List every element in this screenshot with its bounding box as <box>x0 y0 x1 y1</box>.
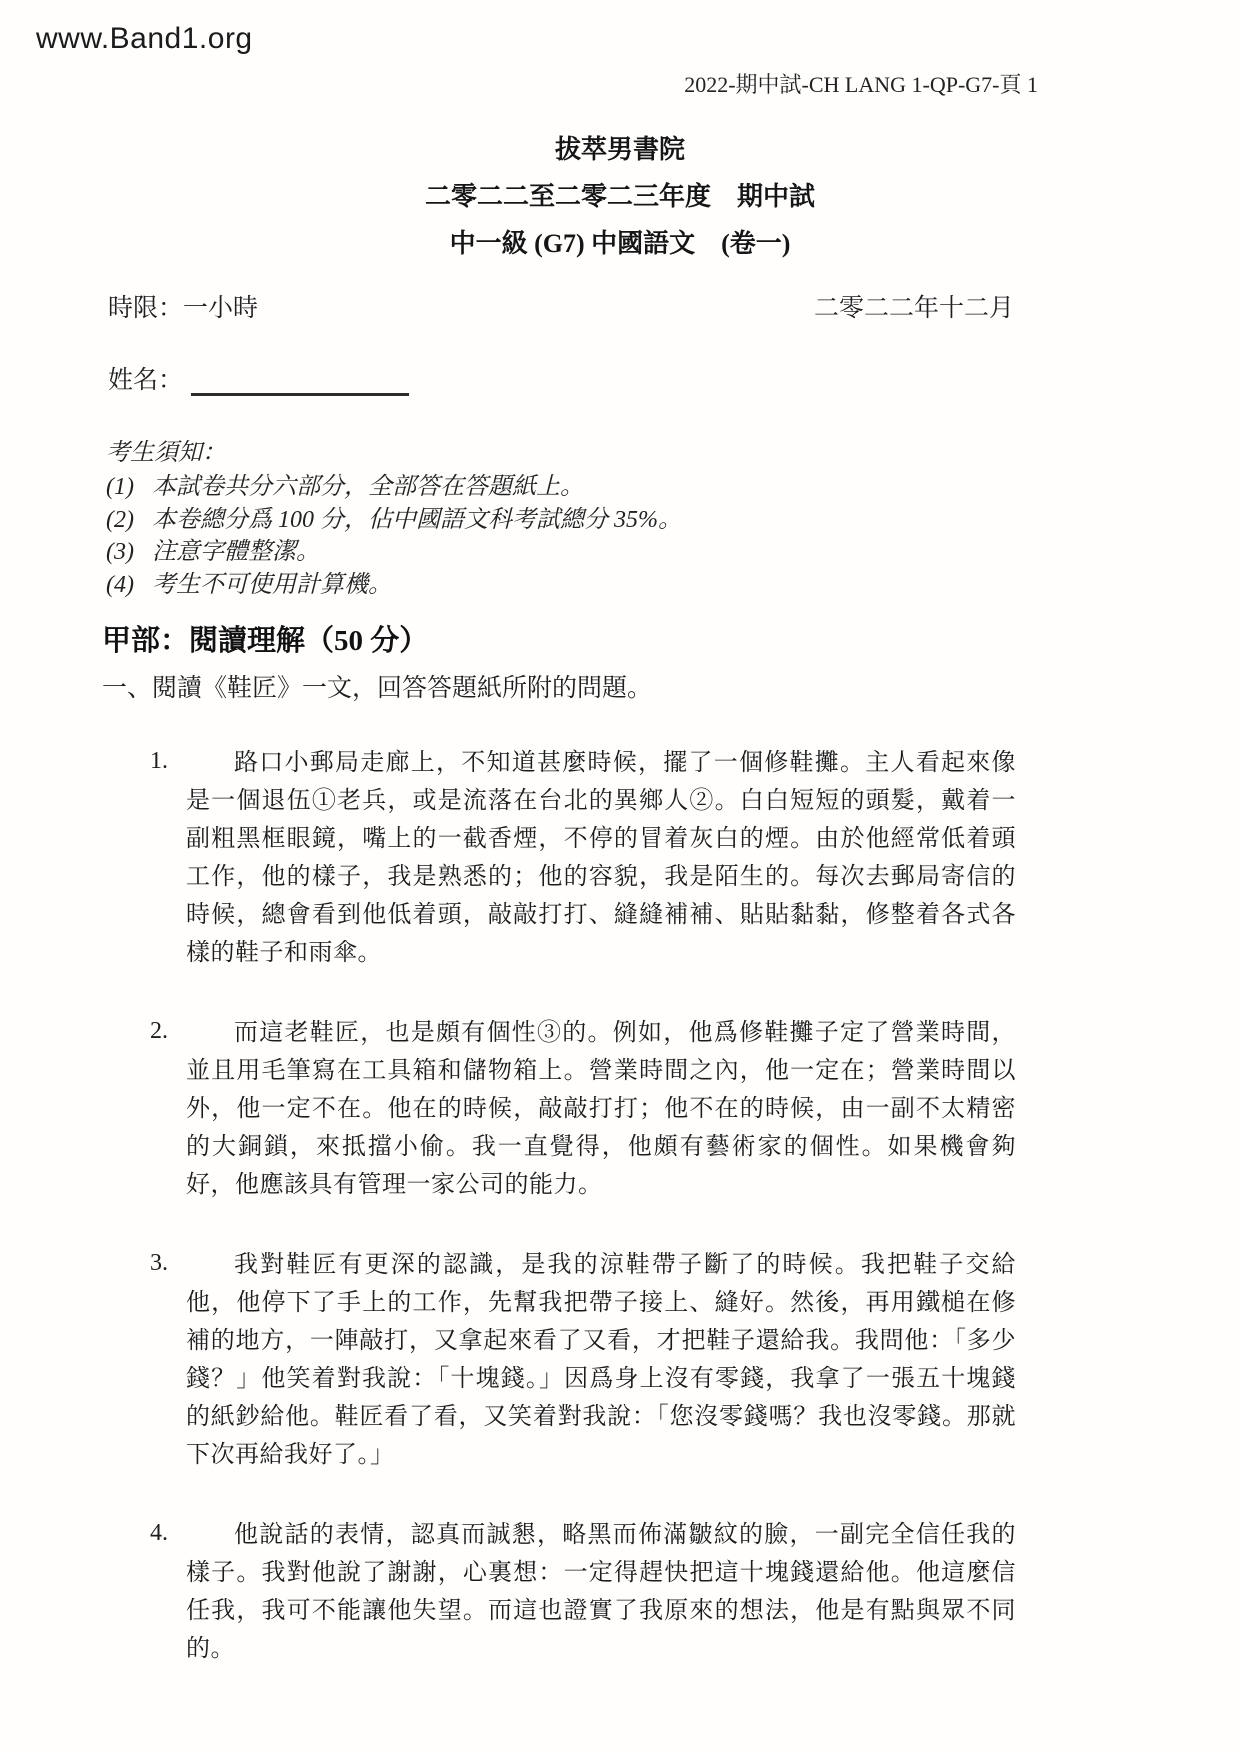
note-number: (4) <box>106 569 152 602</box>
section-a-heading: 甲部：閱讀理解（50 分） <box>102 618 428 659</box>
paragraph-text: 而這老鞋匠，也是頗有個性③的。例如，他爲修鞋攤子定了營業時間，並且用毛筆寫在工具… <box>186 1014 1016 1204</box>
candidate-notes: 考生須知： (1) 本試卷共分六部分，全部答在答題紙上。 (2) 本卷總分爲 1… <box>106 436 906 601</box>
title-block: 拔萃男書院 二零二二至二零二三年度 期中試 中一級 (G7) 中國語文 (卷一) <box>0 126 1240 267</box>
notes-title: 考生須知： <box>106 436 906 470</box>
note-item: (2) 本卷總分爲 100 分，佔中國語文科考試總分 35%。 <box>106 504 906 537</box>
note-item: (4) 考生不可使用計算機。 <box>106 569 906 602</box>
passage-paragraph: 3. 我對鞋匠有更深的認識，是我的涼鞋帶子斷了的時候。我把鞋子交給他，他停下了手… <box>150 1246 1016 1474</box>
name-label: 姓名： <box>108 360 183 396</box>
watermark-text: www.Band1.org <box>36 22 253 56</box>
school-name: 拔萃男書院 <box>0 126 1240 173</box>
paragraph-text: 路口小郵局走廊上，不知道甚麼時候，擺了一個修鞋攤。主人看起來像是一個退伍①老兵，… <box>186 744 1016 972</box>
meta-row: 時限：一小時 二零二二年十二月 <box>108 288 1014 324</box>
note-number: (1) <box>106 471 152 504</box>
note-text: 本試卷共分六部分，全部答在答題紙上。 <box>152 471 906 504</box>
passage-paragraph: 4. 他說話的表情，認真而誠懇，略黑而佈滿皺紋的臉，一副完全信任我的樣子。我對他… <box>150 1516 1016 1668</box>
paragraph-number: 2. <box>150 1018 168 1045</box>
name-blank-line <box>191 366 409 396</box>
reading-passage: 1. 路口小郵局走廊上，不知道甚麼時候，擺了一個修鞋攤。主人看起來像是一個退伍①… <box>150 744 1016 1710</box>
paragraph-text: 我對鞋匠有更深的認識，是我的涼鞋帶子斷了的時候。我把鞋子交給他，他停下了手上的工… <box>186 1246 1016 1474</box>
note-text: 本卷總分爲 100 分，佔中國語文科考試總分 35%。 <box>152 504 906 537</box>
exam-session-title: 二零二二至二零二三年度 期中試 <box>0 173 1240 220</box>
time-limit-label: 時限：一小時 <box>108 288 258 324</box>
reading-instruction: 一、閱讀《鞋匠》一文，回答答題紙所附的問題。 <box>102 668 652 704</box>
note-number: (3) <box>106 536 152 569</box>
name-row: 姓名： <box>108 360 409 396</box>
exam-date: 二零二二年十二月 <box>814 288 1014 324</box>
note-number: (2) <box>106 504 152 537</box>
paragraph-text: 他說話的表情，認真而誠懇，略黑而佈滿皺紋的臉，一副完全信任我的樣子。我對他說了謝… <box>186 1516 1016 1668</box>
paragraph-number: 1. <box>150 748 168 775</box>
note-item: (1) 本試卷共分六部分，全部答在答題紙上。 <box>106 471 906 504</box>
note-text: 考生不可使用計算機。 <box>152 569 906 602</box>
exam-paper-page: www.Band1.org 2022-期中試-CH LANG 1-QP-G7-頁… <box>0 0 1240 1754</box>
passage-paragraph: 1. 路口小郵局走廊上，不知道甚麼時候，擺了一個修鞋攤。主人看起來像是一個退伍①… <box>150 744 1016 972</box>
paragraph-number: 4. <box>150 1520 168 1547</box>
paragraph-number: 3. <box>150 1250 168 1277</box>
exam-paper-title: 中一級 (G7) 中國語文 (卷一) <box>0 220 1240 267</box>
note-item: (3) 注意字體整潔。 <box>106 536 906 569</box>
passage-paragraph: 2. 而這老鞋匠，也是頗有個性③的。例如，他爲修鞋攤子定了營業時間，並且用毛筆寫… <box>150 1014 1016 1204</box>
note-text: 注意字體整潔。 <box>152 536 906 569</box>
doc-reference: 2022-期中試-CH LANG 1-QP-G7-頁 1 <box>684 68 1038 99</box>
